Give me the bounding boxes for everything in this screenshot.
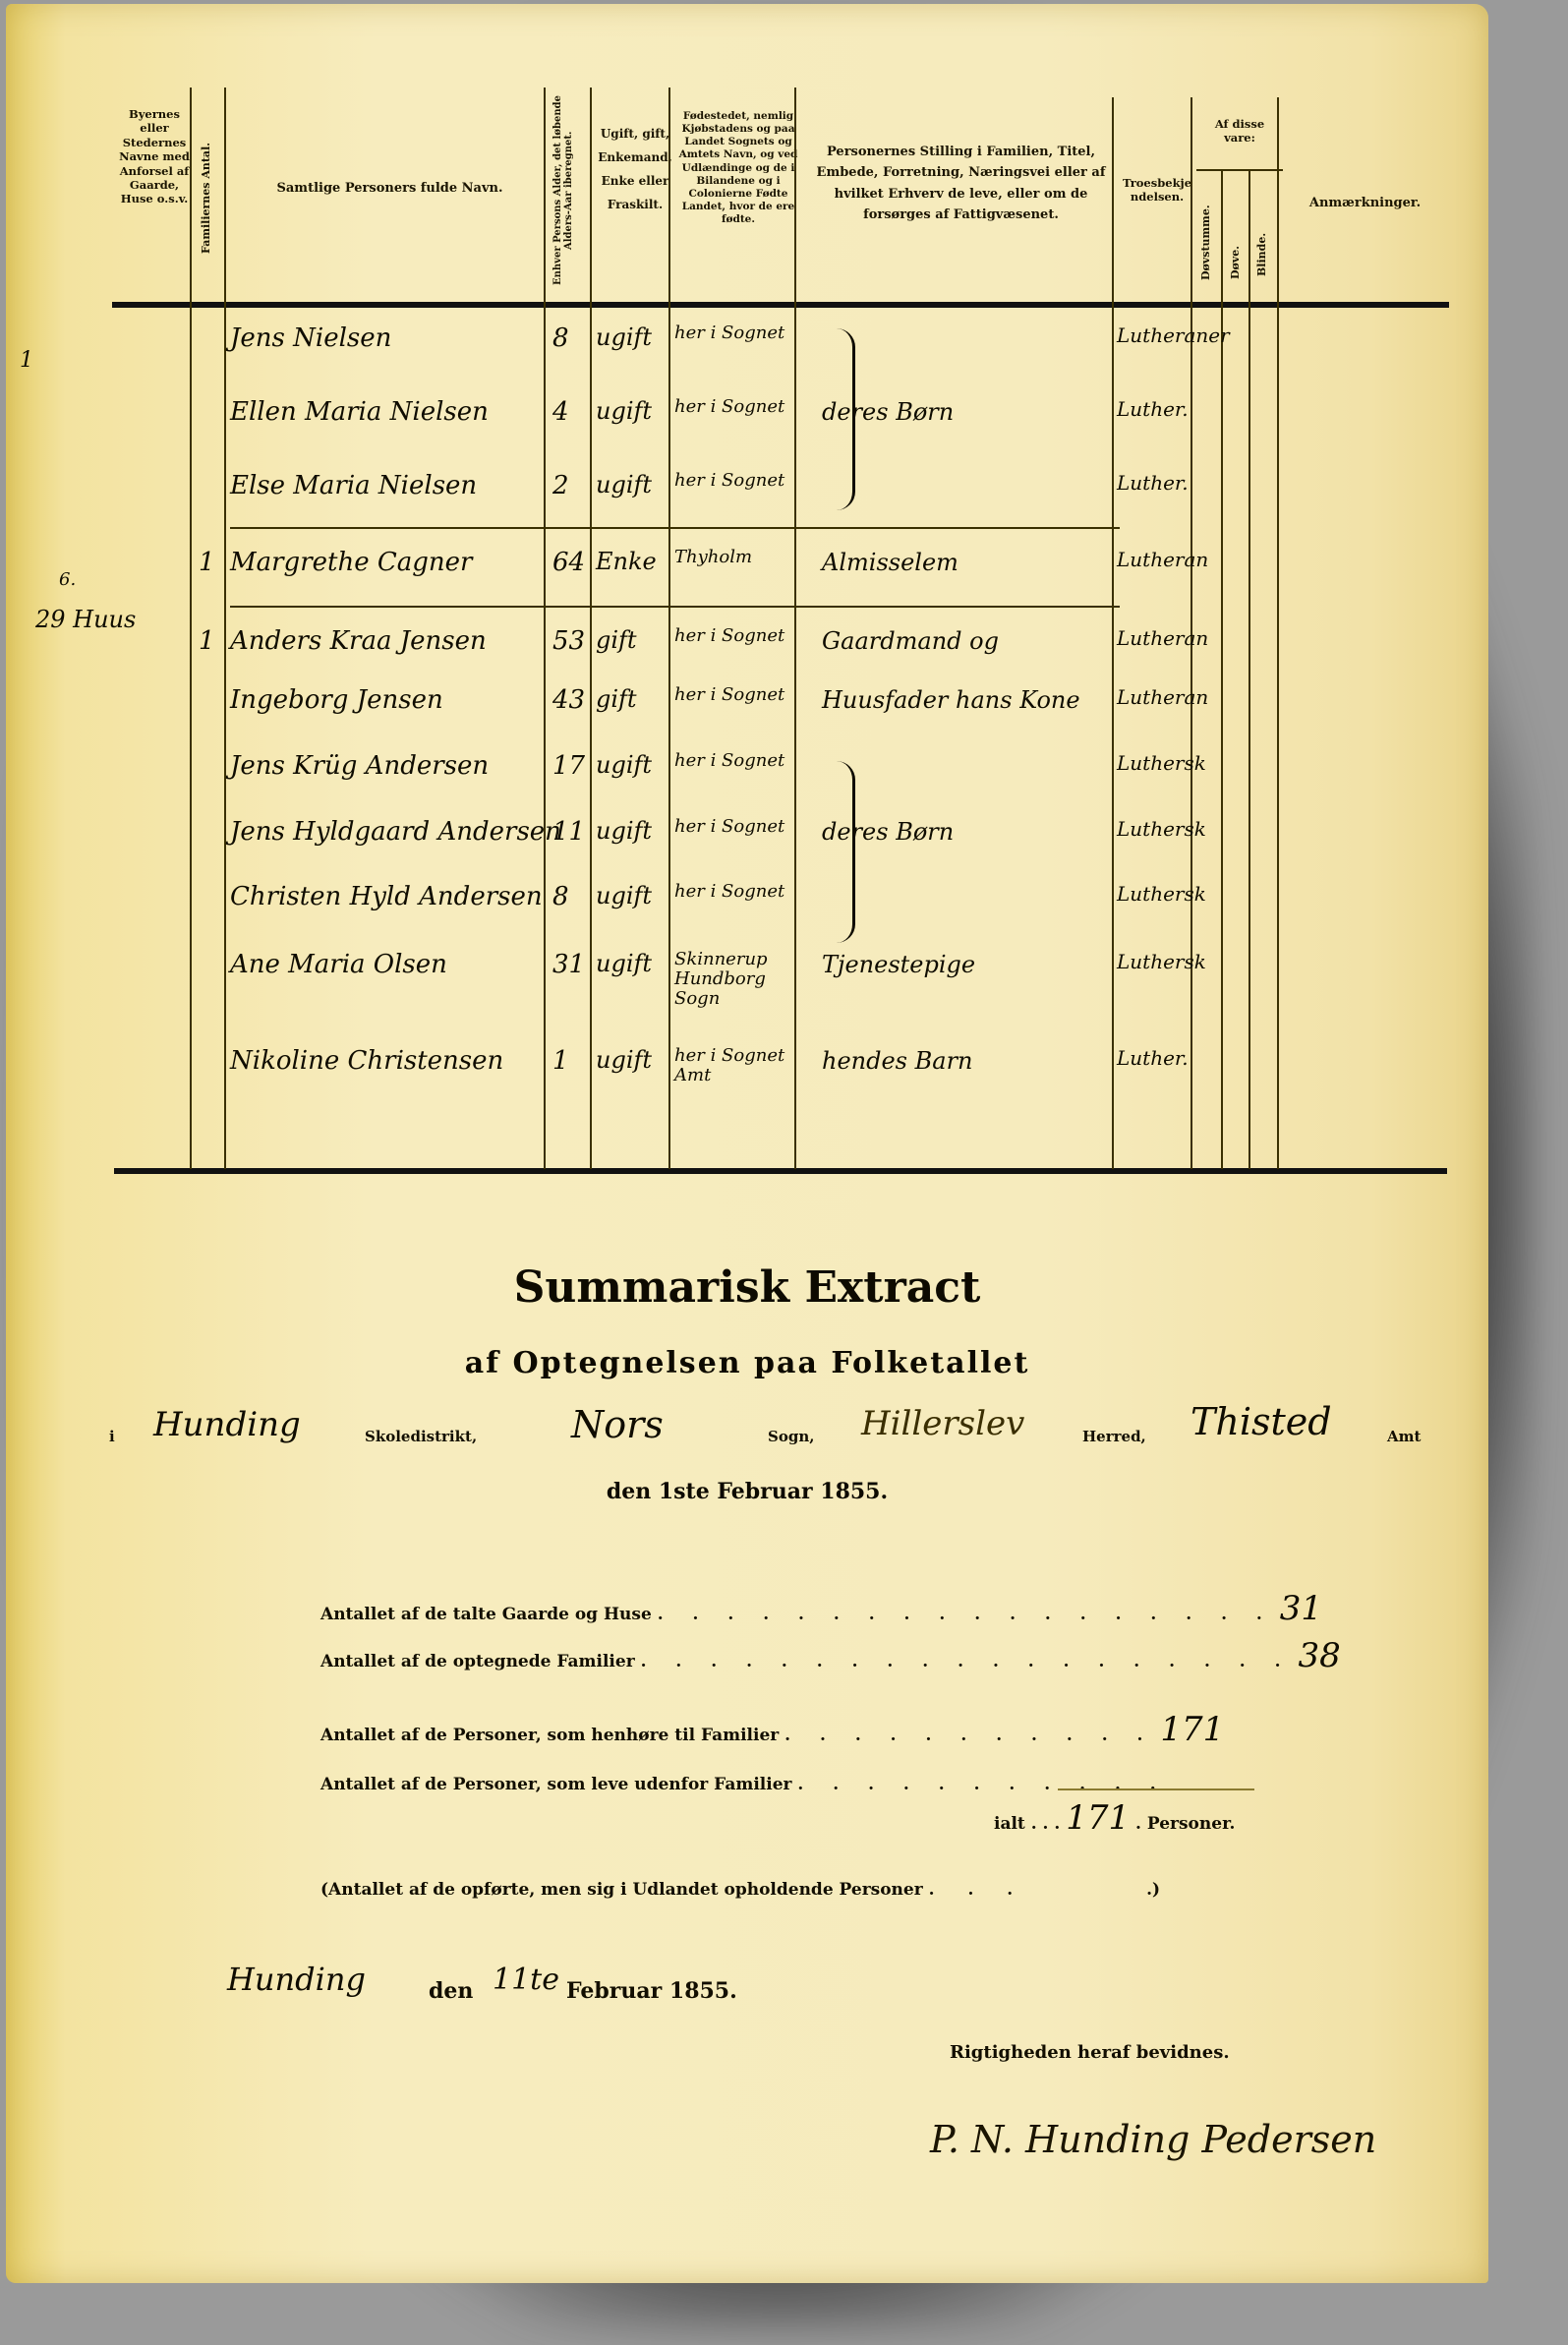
count-label: Antallet af de Personer, som henhøre til…: [320, 1726, 779, 1745]
row-marital-status: Enke: [596, 548, 657, 575]
row-divider-2: [230, 606, 1120, 608]
signed-line: Hunding den 11te Februar 1855.: [227, 1961, 817, 2020]
count-value: 31: [1280, 1589, 1322, 1628]
row-name: Jens Krüg Andersen: [230, 751, 489, 781]
header-col-marital: Ugift, gift, Enkemand, Enke eller Fraski…: [596, 122, 674, 216]
header-col-birthplace: Fødestedet, nemlig Kjøbstadens og paa La…: [678, 110, 798, 226]
location-line: i Hunding Skoledistrikt, Nors Sogn, Hill…: [109, 1400, 1436, 1459]
location-prefix: i: [109, 1428, 115, 1445]
herred-label: Herred,: [1082, 1428, 1146, 1445]
row-birthplace: her i Sognet: [674, 323, 794, 343]
row-age: 1: [552, 1046, 569, 1076]
row-religion: Luther.: [1117, 397, 1189, 421]
abroad-close: .): [1146, 1880, 1160, 1900]
row-age: 43: [552, 685, 585, 715]
header-col-remarks: Anmærkninger.: [1284, 196, 1446, 211]
row-name: Margrethe Cagner: [230, 548, 472, 577]
row-birthplace: her i Sognet: [674, 471, 794, 491]
signature: P. N. Hunding Pedersen: [930, 2118, 1376, 2161]
table-bottom-rule: [114, 1168, 1447, 1174]
col-line-2: [224, 88, 226, 1169]
row-marital-status: ugift: [596, 1046, 652, 1074]
row-age: 53: [552, 626, 585, 656]
row-birthplace: her i Sognet: [674, 626, 794, 646]
col-line-10: [1249, 169, 1250, 1169]
row-age: 31: [552, 950, 585, 979]
row-position: hendes Barn: [822, 1046, 1107, 1077]
row-religion: Lutheran: [1117, 685, 1208, 709]
row-birthplace: Thyholm: [674, 548, 794, 567]
row-age: 8: [552, 323, 569, 353]
abroad-label: (Antallet af de opførte, men sig i Udlan…: [320, 1880, 923, 1900]
parish-value: Nors: [571, 1403, 664, 1446]
row-name: Else Maria Nielsen: [230, 471, 477, 500]
signed-date-suffix: Februar 1855.: [566, 1978, 737, 2004]
row-age: 11: [552, 817, 585, 847]
count-row-persons-in-families: Antallet af de Personer, som henhøre til…: [320, 1710, 1224, 1749]
signed-day: 11te: [493, 1963, 559, 1997]
of-these-divider: [1196, 169, 1283, 171]
count-row-farms-houses: Antallet af de talte Gaarde og Huse . . …: [320, 1589, 1322, 1628]
row-religion: Luther.: [1117, 1046, 1189, 1070]
row-position: Huusfader hans Kone: [822, 685, 1107, 716]
row-religion: Luthersk: [1117, 817, 1206, 841]
brace-children-2: [837, 761, 855, 943]
brace-children-1: [837, 328, 855, 510]
census-page: Byernes eller Stedernes Navne med Anfors…: [6, 4, 1488, 2283]
row-name: Ingeborg Jensen: [230, 685, 443, 715]
row-religion: Luther.: [1117, 471, 1189, 495]
row-position: deres Børn: [822, 817, 1107, 848]
summary-subtitle: af Optegnelsen paa Folketallet: [6, 1346, 1488, 1380]
count-label: Antallet af de optegnede Familier: [320, 1652, 635, 1671]
count-value: 38: [1298, 1636, 1340, 1675]
col-line-11: [1277, 97, 1279, 1169]
row-position: Almisselem: [822, 548, 1107, 578]
header-col-of-these: Af disse vare:: [1197, 117, 1282, 146]
col-line-5: [668, 88, 670, 1169]
header-col-place: Byernes eller Stedernes Navne med Anfors…: [116, 107, 193, 206]
row-birthplace: her i Sognet: [674, 817, 794, 837]
row-birthplace: her i Sognet: [674, 397, 794, 417]
row-family-count: 1: [199, 626, 215, 656]
census-date: den 1ste Februar 1855.: [6, 1479, 1488, 1504]
dot-leader: . . . . . . . . . . . . . . . . . .: [658, 1605, 1274, 1624]
row-position: deres Børn: [822, 397, 1107, 428]
row-marital-status: gift: [596, 626, 637, 654]
row-marital-status: ugift: [596, 882, 652, 909]
row-religion: Lutheran: [1117, 626, 1208, 650]
header-col-family-count: Familiernes Antal.: [200, 112, 212, 284]
total-suffix: . Personer.: [1135, 1814, 1235, 1834]
margin-mark: 1: [20, 348, 33, 373]
dot-leader: . . .: [929, 1880, 1027, 1900]
attestation-text: Rigtigheden heraf bevidnes.: [950, 2042, 1230, 2063]
summary-title: Summarisk Extract: [6, 1262, 1488, 1313]
row-marital-status: ugift: [596, 397, 652, 425]
row-marital-status: ugift: [596, 323, 652, 351]
row-family-count: 1: [199, 548, 215, 577]
total-row: ialt . . . 171 . Personer.: [994, 1798, 1235, 1838]
row-religion: Luthersk: [1117, 751, 1206, 775]
row-divider-1: [230, 527, 1120, 529]
row-age: 4: [552, 397, 569, 427]
count-label: Antallet af de talte Gaarde og Huse: [320, 1605, 652, 1624]
row-birthplace: her i Sognet: [674, 685, 794, 705]
count-row-persons-outside-families: Antallet af de Personer, som leve udenfo…: [320, 1759, 1168, 1798]
row-name: Anders Kraa Jensen: [230, 626, 487, 656]
row-religion: Luthersk: [1117, 882, 1206, 906]
school-district-label: Skoledistrikt,: [365, 1428, 477, 1445]
col-line-4: [590, 88, 592, 1169]
row-religion: Luthersk: [1117, 950, 1206, 973]
total-rule: [1058, 1788, 1254, 1790]
row-marital-status: ugift: [596, 471, 652, 498]
header-col-age: Enhver Persons Alder, det løbende Alders…: [552, 92, 592, 289]
count-row-families: Antallet af de optegnede Familier . . . …: [320, 1636, 1341, 1675]
row-position: Gaardmand og: [822, 626, 1107, 657]
header-col-name: Samtlige Personers fulde Navn.: [230, 181, 550, 197]
row-name: Jens Nielsen: [230, 323, 391, 353]
row-marital-status: ugift: [596, 817, 652, 845]
col-line-1: [190, 88, 192, 1169]
margin-mark: 6.: [59, 569, 76, 590]
abroad-row: (Antallet af de opførte, men sig i Udlan…: [320, 1880, 1160, 1900]
signed-place: Hunding: [227, 1961, 366, 1998]
signed-date-prefix: den: [429, 1978, 473, 2004]
school-district-value: Hunding: [153, 1405, 301, 1444]
header-col-religion: Troesbekjendelsen.: [1121, 176, 1193, 205]
total-value: 171: [1066, 1798, 1130, 1838]
row-name: Christen Hyld Andersen: [230, 882, 543, 911]
col-line-7: [1112, 97, 1114, 1169]
row-name: Ellen Maria Nielsen: [230, 397, 489, 427]
dot-leader: . . . . . . . . . . .: [784, 1726, 1154, 1745]
count-label: Antallet af de Personer, som leve udenfo…: [320, 1775, 791, 1794]
row-marital-status: ugift: [596, 751, 652, 779]
row-name: Ane Maria Olsen: [230, 950, 447, 979]
col-line-9: [1221, 169, 1223, 1169]
dot-leader: . . . . . . . . . . .: [797, 1775, 1167, 1794]
row-birthplace: her i Sognet: [674, 751, 794, 771]
row-name: Nikoline Christensen: [230, 1046, 503, 1076]
row-position: Tjenestepige: [822, 950, 1107, 980]
parish-label: Sogn,: [768, 1428, 814, 1445]
row-age: 8: [552, 882, 569, 911]
row-religion: Lutheraner: [1117, 323, 1230, 347]
header-col-position: Personernes Stilling i Familien, Titel, …: [806, 142, 1116, 226]
row-age: 2: [552, 471, 569, 500]
herred-value: Hillerslev: [861, 1404, 1024, 1443]
row-birthplace: her i Sognet Amt: [674, 1046, 794, 1085]
dot-leader: . . . . . . . . . . . . . . . . . . .: [641, 1652, 1293, 1671]
row-marital-status: gift: [596, 685, 637, 713]
col-line-3: [544, 88, 546, 1169]
amt-label: Amt: [1387, 1428, 1421, 1445]
amt-value: Thisted: [1191, 1400, 1332, 1443]
row-name: Jens Hyldgaard Andersen: [230, 817, 561, 847]
margin-mark: 29 Huus: [35, 606, 136, 633]
row-birthplace: Skinnerup Hundborg Sogn: [674, 950, 794, 1008]
row-religion: Lutheran: [1117, 548, 1208, 571]
total-prefix: ialt . . .: [994, 1814, 1060, 1834]
row-age: 17: [552, 751, 585, 781]
count-value: 171: [1160, 1710, 1224, 1749]
row-marital-status: ugift: [596, 950, 652, 977]
col-line-6: [794, 88, 796, 1169]
row-birthplace: her i Sognet: [674, 882, 794, 902]
row-age: 64: [552, 548, 585, 577]
